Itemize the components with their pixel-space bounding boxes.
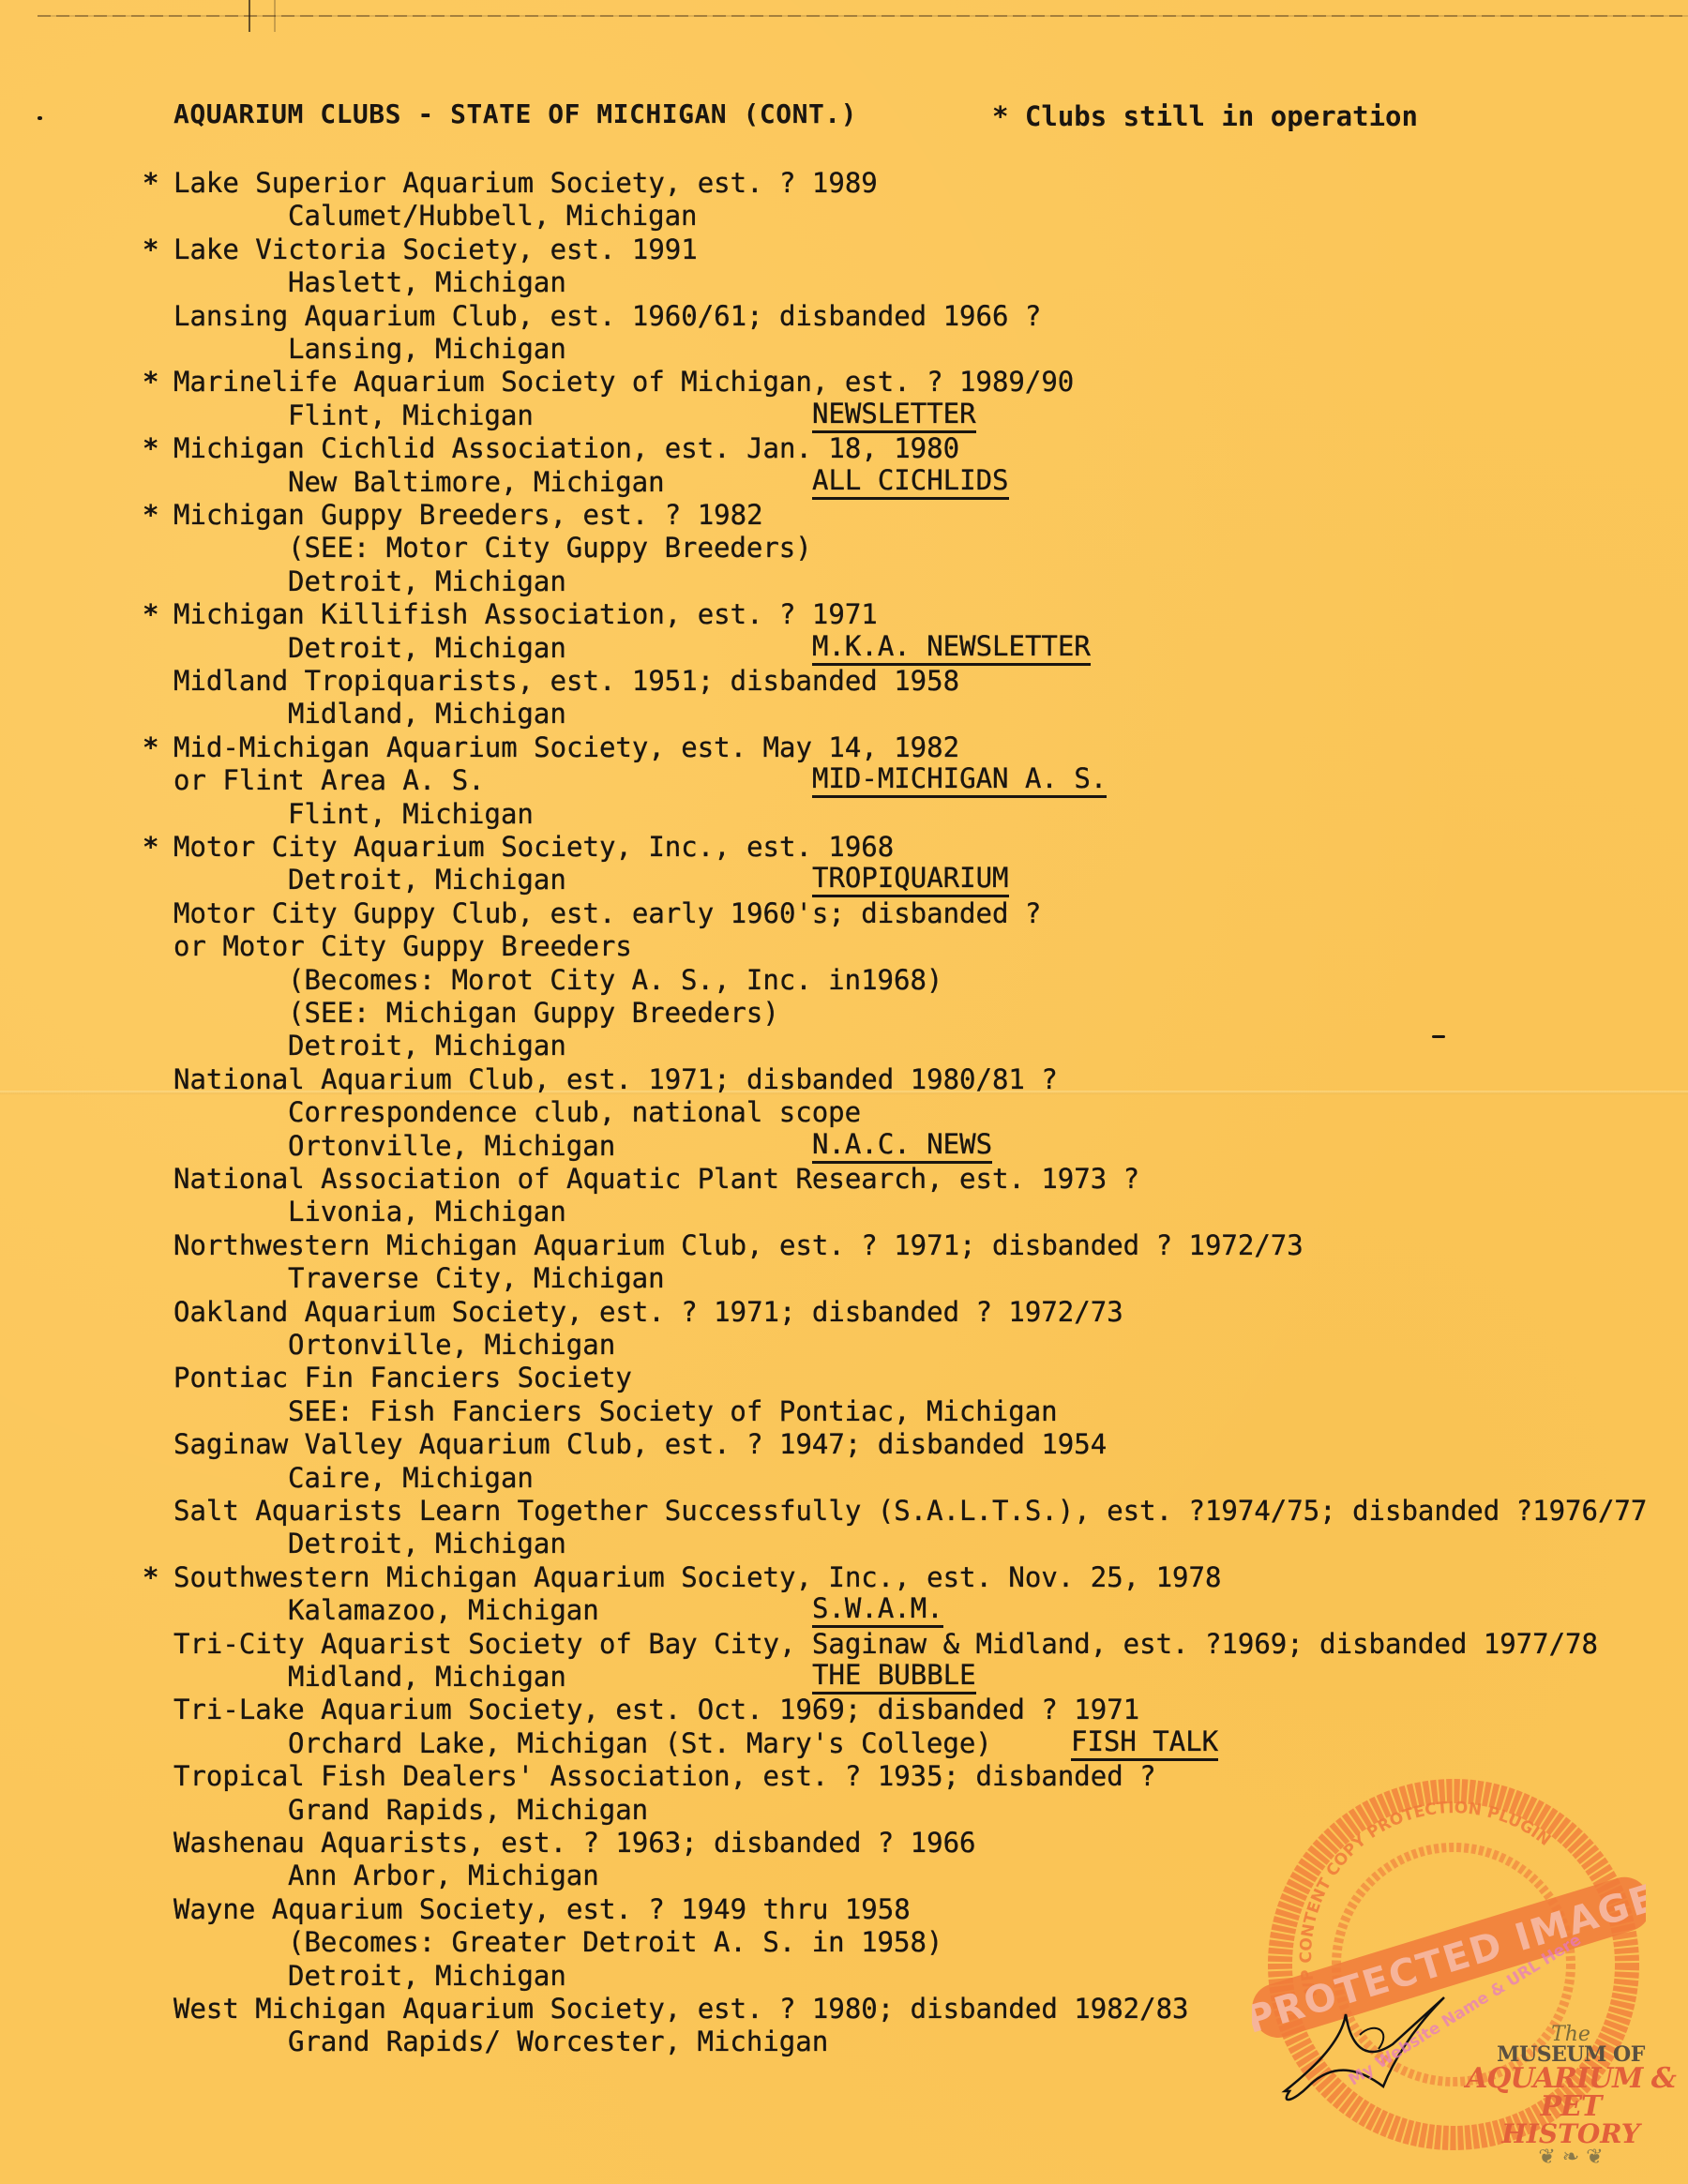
club-entry-line: Salt Aquarists Learn Together Successful… <box>173 1495 1647 1528</box>
scan-tick-mark <box>274 0 276 32</box>
club-entry-line: Lake Superior Aquarium Society, est. ? 1… <box>173 167 878 200</box>
club-detail-line: Livonia, Michigan <box>288 1196 566 1228</box>
scan-tick-mark <box>249 0 250 32</box>
club-entry-line: Tri-City Aquarist Society of Bay City, S… <box>173 1628 1598 1661</box>
club-detail-line: Kalamazoo, Michigan <box>288 1594 599 1627</box>
newsletter-title: ALL CICHLIDS <box>812 464 1009 500</box>
club-entry-line: Motor City Guppy Club, est. early 1960's… <box>173 897 1041 930</box>
logo-line2: AQUARIUM & PET <box>1463 2065 1679 2121</box>
active-club-marker: * <box>143 731 158 764</box>
club-detail-line: Haslett, Michigan <box>288 266 566 299</box>
club-detail-line: (Becomes: Greater Detroit A. S. in 1958) <box>288 1926 942 1959</box>
club-detail-line: Detroit, Michigan <box>288 1528 566 1560</box>
club-detail-line: Ann Arbor, Michigan <box>288 1860 599 1892</box>
club-detail-line: Detroit, Michigan <box>288 1960 566 1993</box>
club-detail-line: Flint, Michigan <box>288 399 534 432</box>
club-entry-line: Wayne Aquarium Society, est. ? 1949 thru… <box>173 1893 911 1926</box>
active-club-marker: * <box>143 366 158 399</box>
club-entry-line: Mid-Michigan Aquarium Society, est. May … <box>173 731 959 764</box>
club-detail-line: Midland, Michigan <box>288 698 566 731</box>
club-detail-line: Ortonville, Michigan <box>288 1329 615 1362</box>
active-club-marker: * <box>143 598 158 631</box>
club-detail-line: (SEE: Motor City Guppy Breeders) <box>288 532 812 565</box>
club-entry-line: Northwestern Michigan Aquarium Club, est… <box>173 1229 1304 1262</box>
club-detail-line: Traverse City, Michigan <box>288 1262 665 1295</box>
active-club-marker: * <box>143 233 158 266</box>
museum-logo: The MUSEUM OF AQUARIUM & PET HISTORY ❦ ❧… <box>1463 2026 1679 2168</box>
document-title: AQUARIUM CLUBS - STATE OF MICHIGAN (CONT… <box>173 98 857 130</box>
club-detail-line: Midland, Michigan <box>288 1661 566 1694</box>
active-club-marker: * <box>143 499 158 532</box>
club-detail-line: Orchard Lake, Michigan (St. Mary's Colle… <box>288 1727 992 1760</box>
club-entry-line: Motor City Aquarium Society, Inc., est. … <box>173 831 894 864</box>
club-entry-line: or Flint Area A. S. <box>173 764 485 797</box>
club-entry-line: Midland Tropiquarists, est. 1951; disban… <box>173 665 959 698</box>
club-entry-line: Michigan Killifish Association, est. ? 1… <box>173 598 878 631</box>
newsletter-title: NEWSLETTER <box>812 398 976 433</box>
club-entry-line: Saginaw Valley Aquarium Club, est. ? 194… <box>173 1428 1107 1461</box>
active-club-marker: * <box>143 432 158 465</box>
active-club-marker: * <box>143 831 158 864</box>
legend-active-clubs: * Clubs still in operation <box>992 100 1418 133</box>
club-detail-line: Flint, Michigan <box>288 798 534 831</box>
newsletter-title: THE BUBBLE <box>812 1659 976 1694</box>
club-detail-line: Ortonville, Michigan <box>288 1130 615 1163</box>
active-club-marker: * <box>143 1561 158 1594</box>
club-entry-line: or Motor City Guppy Breeders <box>173 930 632 963</box>
club-entry-line: Washenau Aquarists, est. ? 1963; disband… <box>173 1827 976 1860</box>
club-detail-line: Detroit, Michigan <box>288 565 566 598</box>
club-detail-line: Caire, Michigan <box>288 1462 534 1495</box>
newsletter-title: MID-MICHIGAN A. S. <box>812 762 1107 798</box>
stray-mark <box>38 116 42 120</box>
club-detail-line: SEE: Fish Fanciers Society of Pontiac, M… <box>288 1395 1058 1428</box>
club-entry-line: Pontiac Fin Fanciers Society <box>173 1362 632 1394</box>
club-entry-line: West Michigan Aquarium Society, est. ? 1… <box>173 1993 1189 2026</box>
scan-edge-rule <box>38 15 1688 17</box>
club-detail-line: Detroit, Michigan <box>288 632 566 665</box>
club-detail-line: Grand Rapids/ Worcester, Michigan <box>288 2026 828 2058</box>
newsletter-title: TROPIQUARIUM <box>812 862 1009 897</box>
newsletter-title: M.K.A. NEWSLETTER <box>812 630 1091 666</box>
club-entry-line: Lake Victoria Society, est. 1991 <box>173 233 698 266</box>
club-detail-line: Calumet/Hubbell, Michigan <box>288 200 698 233</box>
newsletter-title: S.W.A.M. <box>812 1592 943 1628</box>
club-detail-line: New Baltimore, Michigan <box>288 466 665 499</box>
club-entry-line: Michigan Cichlid Association, est. Jan. … <box>173 432 959 465</box>
club-entry-line: Oakland Aquarium Society, est. ? 1971; d… <box>173 1296 1123 1329</box>
active-club-marker: * <box>143 167 158 200</box>
club-entry-line: Michigan Guppy Breeders, est. ? 1982 <box>173 499 763 532</box>
club-detail-line: Lansing, Michigan <box>288 333 566 366</box>
club-detail-line: Detroit, Michigan <box>288 864 566 896</box>
club-detail-line: Correspondence club, national scope <box>288 1096 861 1129</box>
logo-line3: HISTORY <box>1463 2121 1679 2147</box>
club-entry-line: Tri-Lake Aquarium Society, est. Oct. 196… <box>173 1694 1139 1726</box>
club-entry-line: Marinelife Aquarium Society of Michigan,… <box>173 366 1074 399</box>
logo-the: The <box>1463 2026 1679 2044</box>
club-entry-line: Tropical Fish Dealers' Association, est.… <box>173 1760 1156 1793</box>
club-detail-line: Detroit, Michigan <box>288 1030 566 1062</box>
stray-mark <box>1432 1035 1445 1038</box>
club-detail-line: (SEE: Michigan Guppy Breeders) <box>288 997 779 1030</box>
club-detail-line: Grand Rapids, Michigan <box>288 1794 648 1827</box>
club-entry-line: Lansing Aquarium Club, est. 1960/61; dis… <box>173 300 1041 333</box>
club-entry-line: National Aquarium Club, est. 1971; disba… <box>173 1063 1058 1096</box>
logo-flourish-icon: ❦ ❧ ❦ <box>1463 2147 1679 2168</box>
newsletter-title: FISH TALK <box>1071 1725 1218 1761</box>
club-detail-line: (Becomes: Morot City A. S., Inc. in1968) <box>288 964 942 997</box>
newsletter-title: N.A.C. NEWS <box>812 1128 992 1164</box>
club-entry-line: Southwestern Michigan Aquarium Society, … <box>173 1561 1221 1594</box>
club-entry-line: National Association of Aquatic Plant Re… <box>173 1163 1139 1196</box>
